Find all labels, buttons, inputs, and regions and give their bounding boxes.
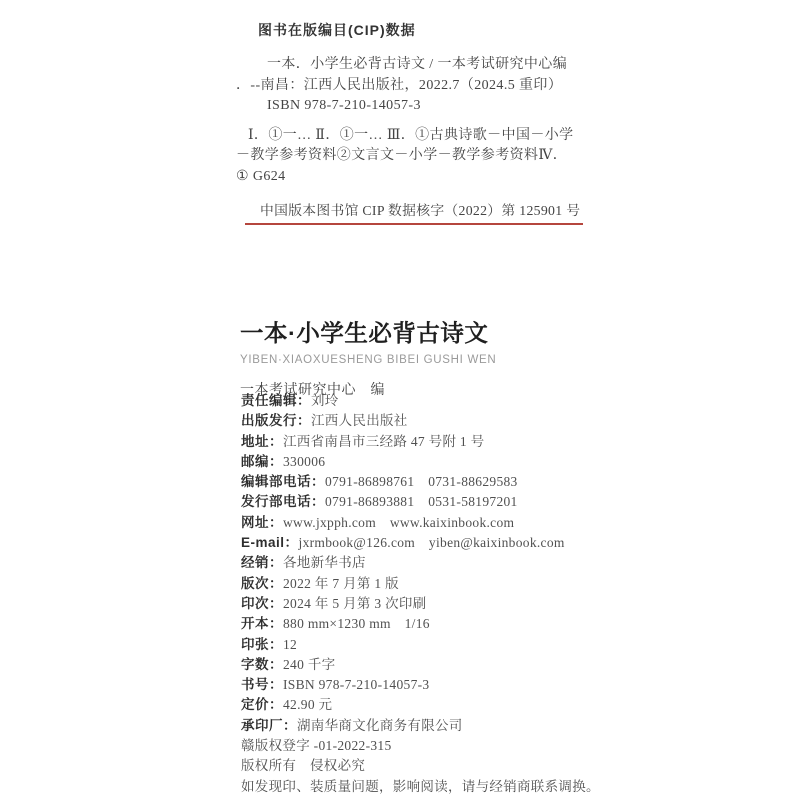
detail-label: 定价： <box>241 697 283 712</box>
detail-row: 印张：12 <box>241 635 601 655</box>
detail-value: 各地新华书店 <box>283 555 366 570</box>
cip-record-number: 中国版本图书馆 CIP 数据核字（2022）第 125901 号 <box>260 199 588 219</box>
detail-value: jxrmbook@126.com yiben@kaixinbook.com <box>299 535 565 550</box>
detail-value: 湖南华商文化商务有限公司 <box>297 718 463 733</box>
cip-classification: Ⅰ．①一… Ⅱ．①一… Ⅲ．①古典诗歌－中国－小学 －教学参考资料②文言文－小学… <box>236 126 588 188</box>
detail-row: 开本：880 mm×1230 mm 1/16 <box>241 614 601 634</box>
detail-row: 印次：2024 年 5 月第 3 次印刷 <box>241 594 601 614</box>
detail-value: 12 <box>283 637 297 652</box>
detail-row: 版次：2022 年 7 月第 1 版 <box>241 574 601 594</box>
detail-value: 江西省南昌市三经路 47 号附 1 号 <box>283 434 484 449</box>
cip-line: ISBN 978-7-210-14057-3 <box>236 96 588 117</box>
cip-block: 图书在版编目(CIP)数据 一本．小学生必背古诗文 / 一本考试研究中心编 ．-… <box>236 20 588 225</box>
detail-value: 2024 年 5 月第 3 次印刷 <box>283 596 426 611</box>
detail-row: 责任编辑：刘玲 <box>241 391 601 411</box>
detail-label: E-mail： <box>241 535 299 550</box>
detail-row: 承印厂：湖南华商文化商务有限公司 <box>241 716 601 736</box>
cip-line: ① G624 <box>236 167 588 188</box>
detail-value: 2022 年 7 月第 1 版 <box>283 576 399 591</box>
detail-value: ISBN 978-7-210-14057-3 <box>283 677 429 692</box>
detail-value: 42.90 元 <box>283 697 332 712</box>
detail-label: 印张： <box>241 637 283 652</box>
detail-label: 责任编辑： <box>241 393 311 408</box>
detail-value: 330006 <box>283 454 325 469</box>
detail-label: 出版发行： <box>241 413 311 428</box>
detail-row: 出版发行：江西人民出版社 <box>241 411 601 431</box>
detail-label: 版次： <box>241 576 283 591</box>
detail-row: 编辑部电话：0791-86898761 0731-88629583 <box>241 472 601 492</box>
detail-label: 网址： <box>241 515 283 530</box>
notice-line: 版权所有 侵权必究 <box>241 756 601 776</box>
book-title-pinyin: YIBEN·XIAOXUESHENG BIBEI GUSHI WEN <box>240 354 640 366</box>
detail-label: 字数： <box>241 657 283 672</box>
detail-value: 240 千字 <box>283 657 335 672</box>
detail-value: 0791-86893881 0531-58197201 <box>325 494 518 509</box>
cip-description: 一本．小学生必背古诗文 / 一本考试研究中心编 ．--南昌：江西人民出版社，20… <box>236 55 588 117</box>
copyright-notices: 赣版权登字 -01-2022-315 版权所有 侵权必究 如发现印、装质量问题，… <box>241 736 601 797</box>
detail-label: 书号： <box>241 677 283 692</box>
publication-details: 责任编辑：刘玲 出版发行：江西人民出版社 地址：江西省南昌市三经路 47 号附 … <box>241 391 601 797</box>
page-sheet: 图书在版编目(CIP)数据 一本．小学生必背古诗文 / 一本考试研究中心编 ．-… <box>0 0 800 800</box>
detail-row: 发行部电话：0791-86893881 0531-58197201 <box>241 492 601 512</box>
detail-value: 0791-86898761 0731-88629583 <box>325 474 518 489</box>
detail-label: 地址： <box>241 434 283 449</box>
detail-label: 邮编： <box>241 454 283 469</box>
detail-row: 地址：江西省南昌市三经路 47 号附 1 号 <box>241 432 601 452</box>
detail-label: 承印厂： <box>241 718 297 733</box>
detail-value: 刘玲 <box>311 393 339 408</box>
detail-label: 经销： <box>241 555 283 570</box>
cip-line: ．--南昌：江西人民出版社，2022.7（2024.5 重印） <box>236 76 588 97</box>
detail-label: 编辑部电话： <box>241 474 325 489</box>
detail-row: 邮编：330006 <box>241 452 601 472</box>
detail-value: www.jxpph.com www.kaixinbook.com <box>283 515 514 530</box>
detail-rows: 责任编辑：刘玲 出版发行：江西人民出版社 地址：江西省南昌市三经路 47 号附 … <box>241 391 601 736</box>
detail-row: 书号：ISBN 978-7-210-14057-3 <box>241 675 601 695</box>
detail-row: E-mail：jxrmbook@126.com yiben@kaixinbook… <box>241 533 601 553</box>
cip-line: Ⅰ．①一… Ⅱ．①一… Ⅲ．①古典诗歌－中国－小学 <box>236 126 588 147</box>
detail-label: 印次： <box>241 596 283 611</box>
detail-row: 字数：240 千字 <box>241 655 601 675</box>
book-title: 一本·小学生必背古诗文 <box>240 314 640 348</box>
cip-heading: 图书在版编目(CIP)数据 <box>258 20 588 40</box>
detail-row: 网址：www.jxpph.com www.kaixinbook.com <box>241 513 601 533</box>
detail-label: 发行部电话： <box>241 494 325 509</box>
title-block: 一本·小学生必背古诗文 YIBEN·XIAOXUESHENG BIBEI GUS… <box>240 314 640 399</box>
detail-row: 经销：各地新华书店 <box>241 553 601 573</box>
cip-divider-line <box>245 223 583 225</box>
detail-row: 定价：42.90 元 <box>241 695 601 715</box>
detail-value: 880 mm×1230 mm 1/16 <box>283 616 430 631</box>
detail-value: 江西人民出版社 <box>311 413 408 428</box>
copyright-page: { "accent": {"cip_rule_color": "#b5463e"… <box>0 0 800 800</box>
notice-line: 如发现印、装质量问题，影响阅读，请与经销商联系调换。 <box>241 777 601 797</box>
notice-line: 赣版权登字 -01-2022-315 <box>241 736 601 756</box>
detail-label: 开本： <box>241 616 283 631</box>
cip-line: 一本．小学生必背古诗文 / 一本考试研究中心编 <box>236 55 588 76</box>
cip-line: －教学参考资料②文言文－小学－教学参考资料Ⅳ． <box>236 146 588 167</box>
